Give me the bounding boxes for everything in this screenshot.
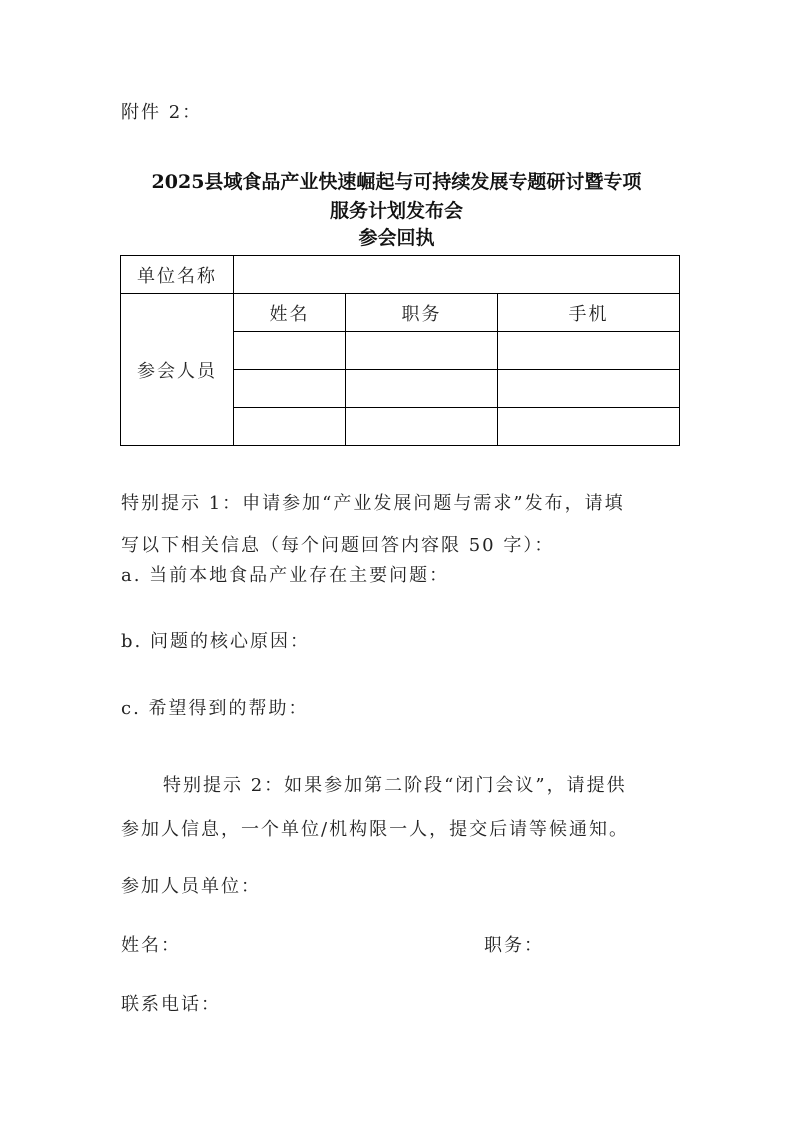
column-header-position: 职务 bbox=[346, 294, 498, 332]
special-note-1-line-1: 特别提示 1：申请参加“产业发展问题与需求”发布，请填 bbox=[121, 489, 625, 515]
attendee-position-cell[interactable] bbox=[346, 332, 498, 370]
attendee-name-cell[interactable] bbox=[234, 332, 346, 370]
attendee-unit-field-label: 参加人员单位： bbox=[121, 872, 261, 898]
registration-table: 单位名称 参会人员 姓名 职务 手机 bbox=[120, 255, 680, 446]
attachment-label: 附件 2： bbox=[121, 98, 202, 124]
unit-name-label: 单位名称 bbox=[121, 256, 234, 294]
phone-field-label: 联系电话： bbox=[121, 990, 221, 1016]
attendees-label: 参会人员 bbox=[121, 294, 234, 446]
special-note-2-line-1: 特别提示 2：如果参加第二阶段“闭门会议”，请提供 bbox=[163, 771, 627, 797]
attendee-phone-cell[interactable] bbox=[498, 408, 680, 446]
document-subtitle: 参会回执 bbox=[0, 223, 793, 250]
attendee-position-cell[interactable] bbox=[346, 370, 498, 408]
attendee-phone-cell[interactable] bbox=[498, 332, 680, 370]
question-c-label: c. 希望得到的帮助： bbox=[121, 694, 309, 720]
attendee-header-row: 参会人员 姓名 职务 手机 bbox=[121, 294, 680, 332]
special-note-1-line-2: 写以下相关信息（每个问题回答内容限 50 字）： bbox=[121, 531, 554, 557]
attendee-position-cell[interactable] bbox=[346, 408, 498, 446]
attendee-name-cell[interactable] bbox=[234, 370, 346, 408]
question-a-label: a. 当前本地食品产业存在主要问题： bbox=[121, 561, 449, 587]
attendee-phone-cell[interactable] bbox=[498, 370, 680, 408]
special-note-2-line-2: 参加人信息，一个单位/机构限一人，提交后请等候通知。 bbox=[121, 815, 629, 841]
unit-name-input-cell[interactable] bbox=[234, 256, 680, 294]
document-title-line-2: 服务计划发布会 bbox=[0, 196, 793, 223]
column-header-name: 姓名 bbox=[234, 294, 346, 332]
question-b-label: b. 问题的核心原因： bbox=[121, 627, 310, 653]
position-field-label: 职务： bbox=[484, 931, 544, 957]
unit-name-row: 单位名称 bbox=[121, 256, 680, 294]
document-title-line-1: 2025县域食品产业快速崛起与可持续发展专题研讨暨专项 bbox=[0, 167, 793, 194]
name-field-label: 姓名： bbox=[121, 931, 181, 957]
attendee-name-cell[interactable] bbox=[234, 408, 346, 446]
column-header-phone: 手机 bbox=[498, 294, 680, 332]
